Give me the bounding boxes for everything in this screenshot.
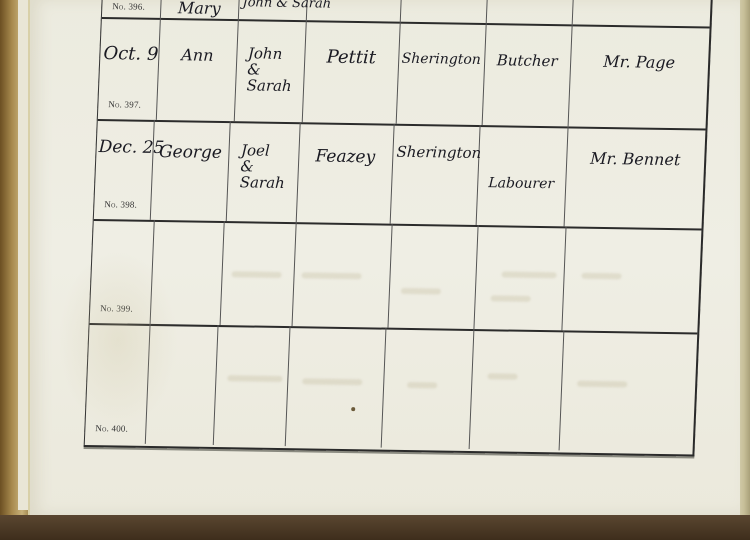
table-row: No. 400. [85, 323, 698, 453]
bleed-through-ink [581, 273, 621, 280]
bleed-through-ink [577, 381, 627, 388]
entry-date: Oct. 9 [98, 3, 160, 106]
entry-number: No. 398. [104, 199, 137, 210]
bleed-through-ink [301, 272, 361, 279]
register-table: No. 396. Mary John & Sarah Oct. 9 No. 39… [84, 0, 713, 457]
table-row: Dec. 25 No. 398. George Joel & Sarah Fea… [94, 119, 706, 231]
surname: Pettit [302, 6, 400, 109]
bleed-through-ink [491, 295, 531, 302]
child-name: George [151, 102, 231, 203]
parents-names: Joel & Sarah [226, 117, 300, 218]
bleed-through-ink [487, 373, 517, 379]
parents-names: John & Sarah [234, 19, 306, 122]
bleed-through-ink [502, 271, 557, 278]
officiant: Mr. Page [568, 10, 710, 114]
register-page: No. 396. Mary John & Sarah Oct. 9 No. 39… [28, 0, 740, 515]
bleed-through-ink [231, 271, 281, 278]
book-bottom-edge [0, 515, 750, 540]
bleed-through-ink [407, 382, 437, 388]
bleed-through-ink [302, 378, 362, 385]
trade: Labourer [475, 133, 567, 234]
bleed-through-ink [401, 288, 441, 295]
entry-date: Dec. 25 [95, 97, 155, 198]
entry-number: No. 400. [95, 423, 128, 434]
ink-speck [351, 407, 355, 411]
trade: Butcher [482, 9, 572, 112]
surname: Feazey [296, 106, 394, 207]
table-row: No. 399. [90, 219, 702, 335]
officiant: Mr. Bennet [564, 108, 706, 210]
child-name: Ann [156, 4, 238, 107]
entry-number: No. 399. [100, 303, 133, 314]
abode: Sherington [396, 8, 486, 111]
bleed-through-ink [227, 375, 282, 382]
